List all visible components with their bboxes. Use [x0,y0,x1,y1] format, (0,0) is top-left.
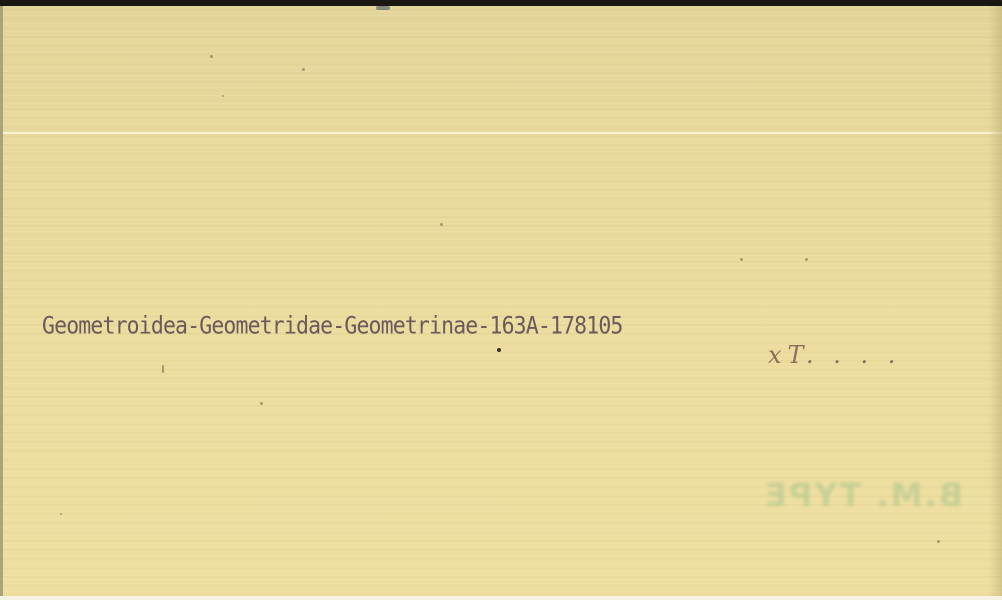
paper-speck [302,68,305,71]
reverse-side-stamp: B.M. TYPE [763,476,963,514]
ink-dot [497,348,501,352]
paper-speck [162,365,164,373]
handwritten-annotation: xT. . . . [768,341,901,369]
paper-speck [222,95,224,97]
taxonomy-label: Geometroidea-Geometridae-Geometrinae-163… [42,312,623,340]
paper-speck [740,258,743,261]
paper-speck [210,55,213,58]
paper-speck [260,402,263,405]
paper-speck [440,223,443,226]
specimen-card: Geometroidea-Geometridae-Geometrinae-163… [0,6,1002,596]
card-bottom-edge [0,596,1002,600]
paper-speck [937,540,940,543]
paper-speck [60,513,62,515]
paper-speck [1000,0,1001,1]
paper-speck [805,258,808,261]
card-crease-line [3,132,1002,134]
top-edge-mark [376,6,390,10]
